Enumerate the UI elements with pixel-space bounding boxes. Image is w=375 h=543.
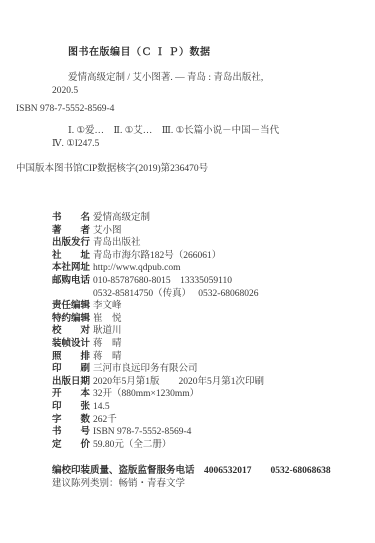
- colophon-value: 蒋 晴: [93, 351, 122, 364]
- colophon-value: 青岛市海尔路182号（266061）: [93, 250, 221, 263]
- colophon-value: 崔 悦: [93, 313, 122, 326]
- colophon-label: [52, 288, 90, 301]
- colophon-row-website: 本社网址http://www.qdpub.com: [52, 262, 357, 275]
- colophon-label: 书 号: [52, 426, 90, 439]
- cip-title-line2: 2020.5: [52, 85, 357, 98]
- cip-header: 图书在版编目（Ｃ Ｉ Ｐ）数据: [68, 46, 375, 59]
- cip-class-line1: Ⅰ. ①爱… Ⅱ. ①艾… Ⅲ. ①长篇小说－中国－当代: [68, 125, 357, 138]
- colophon-value: 14.5: [93, 401, 110, 414]
- colophon-value: ISBN 978-7-5552-8569-4: [93, 426, 191, 439]
- colophon-label: 著 者: [52, 225, 90, 238]
- cip-record-number: 中国版本图书馆CIP数据核字(2019)第236470号: [16, 163, 357, 176]
- colophon-value: 262千: [93, 414, 117, 427]
- colophon-label: 照 排: [52, 351, 90, 364]
- cip-title-line1: 爱情高级定制 / 艾小图著. — 青岛 : 青岛出版社,: [68, 72, 357, 85]
- colophon-label: 出版日期: [52, 376, 90, 389]
- colophon-row-design: 装帧设计蒋 晴: [52, 338, 357, 351]
- colophon-label: 字 数: [52, 414, 90, 427]
- colophon-row-format: 开 本32开（880mm×1230mm）: [52, 388, 357, 401]
- colophon-label: 装帧设计: [52, 338, 90, 351]
- colophon-value: 蒋 晴: [93, 338, 122, 351]
- colophon-row-book-title: 书 名爱情高级定制: [52, 212, 357, 225]
- copyright-page: 图书在版编目（Ｃ Ｉ Ｐ）数据 爱情高级定制 / 艾小图著. — 青岛 : 青岛…: [0, 0, 375, 543]
- cip-title-paragraph: 爱情高级定制 / 艾小图著. — 青岛 : 青岛出版社, 2020.5: [52, 72, 357, 98]
- colophon-value: 010-85787680-8015 13335059110: [93, 275, 232, 288]
- colophon-value: 艾小图: [93, 225, 122, 238]
- colophon-row-typesetting: 照 排蒋 晴: [52, 351, 357, 364]
- colophon-label: 定 价: [52, 439, 90, 452]
- colophon-value: http://www.qdpub.com: [93, 262, 181, 275]
- colophon-row-mail-order-phone: 邮购电话010-85787680-8015 13335059110: [52, 275, 357, 288]
- colophon-label: 本社网址: [52, 262, 90, 275]
- colophon-label: 印 张: [52, 401, 90, 414]
- colophon-value: 0532-85814750（传真） 0532-68068026: [93, 288, 258, 301]
- colophon-row-phone-continued: 0532-85814750（传真） 0532-68068026: [52, 288, 357, 301]
- cip-class-line2: Ⅳ. ①I247.5: [52, 138, 357, 151]
- colophon-row-word-count: 字 数262千: [52, 414, 357, 427]
- colophon-label: 责任编辑: [52, 300, 90, 313]
- colophon-label: 校 对: [52, 325, 90, 338]
- colophon-table: 书 名爱情高级定制 著 者艾小图 出版发行青岛出版社 社 址青岛市海尔路182号…: [52, 212, 357, 451]
- colophon-row-special-editor: 特约编辑崔 悦: [52, 313, 357, 326]
- quality-service-phone-line: 编校印装质量、盗版监督服务电话 4006532017 0532-68068638: [52, 465, 357, 478]
- cip-isbn: ISBN 978-7-5552-8569-4: [16, 103, 357, 116]
- colophon-value: 2020年5月第1版 2020年5月第1次印刷: [93, 376, 264, 389]
- colophon-row-responsible-editor: 责任编辑李文峰: [52, 300, 357, 313]
- colophon-label: 开 本: [52, 388, 90, 401]
- colophon-value: 爱情高级定制: [93, 212, 150, 225]
- colophon-label: 邮购电话: [52, 275, 90, 288]
- colophon-value: 青岛出版社: [93, 237, 141, 250]
- colophon-row-sheets: 印 张14.5: [52, 401, 357, 414]
- cip-classification: Ⅰ. ①爱… Ⅱ. ①艾… Ⅲ. ①长篇小说－中国－当代 Ⅳ. ①I247.5: [52, 125, 357, 151]
- colophon-row-price: 定 价59.80元（全二册）: [52, 439, 357, 452]
- colophon-row-printing: 印 刷三河市良远印务有限公司: [52, 363, 357, 376]
- colophon-row-book-number: 书 号ISBN 978-7-5552-8569-4: [52, 426, 357, 439]
- colophon-label: 社 址: [52, 250, 90, 263]
- colophon-label: 出版发行: [52, 237, 90, 250]
- colophon-label: 书 名: [52, 212, 90, 225]
- colophon-row-publication-date: 出版日期2020年5月第1版 2020年5月第1次印刷: [52, 376, 357, 389]
- colophon-label: 印 刷: [52, 363, 90, 376]
- colophon-value: 59.80元（全二册）: [93, 439, 171, 452]
- colophon-row-address: 社 址青岛市海尔路182号（266061）: [52, 250, 357, 263]
- colophon-value: 32开（880mm×1230mm）: [93, 388, 199, 401]
- colophon-value: 李文峰: [93, 300, 122, 313]
- suggested-category-line: 建议陈列类别：畅销・青春文学: [52, 478, 357, 491]
- colophon-row-author: 著 者艾小图: [52, 225, 357, 238]
- footer-notes: 编校印装质量、盗版监督服务电话 4006532017 0532-68068638…: [52, 465, 357, 490]
- colophon-value: 耿道川: [93, 325, 122, 338]
- colophon-row-proofreader: 校 对耿道川: [52, 325, 357, 338]
- colophon-row-publisher: 出版发行青岛出版社: [52, 237, 357, 250]
- colophon-value: 三河市良远印务有限公司: [93, 363, 198, 376]
- colophon-label: 特约编辑: [52, 313, 90, 326]
